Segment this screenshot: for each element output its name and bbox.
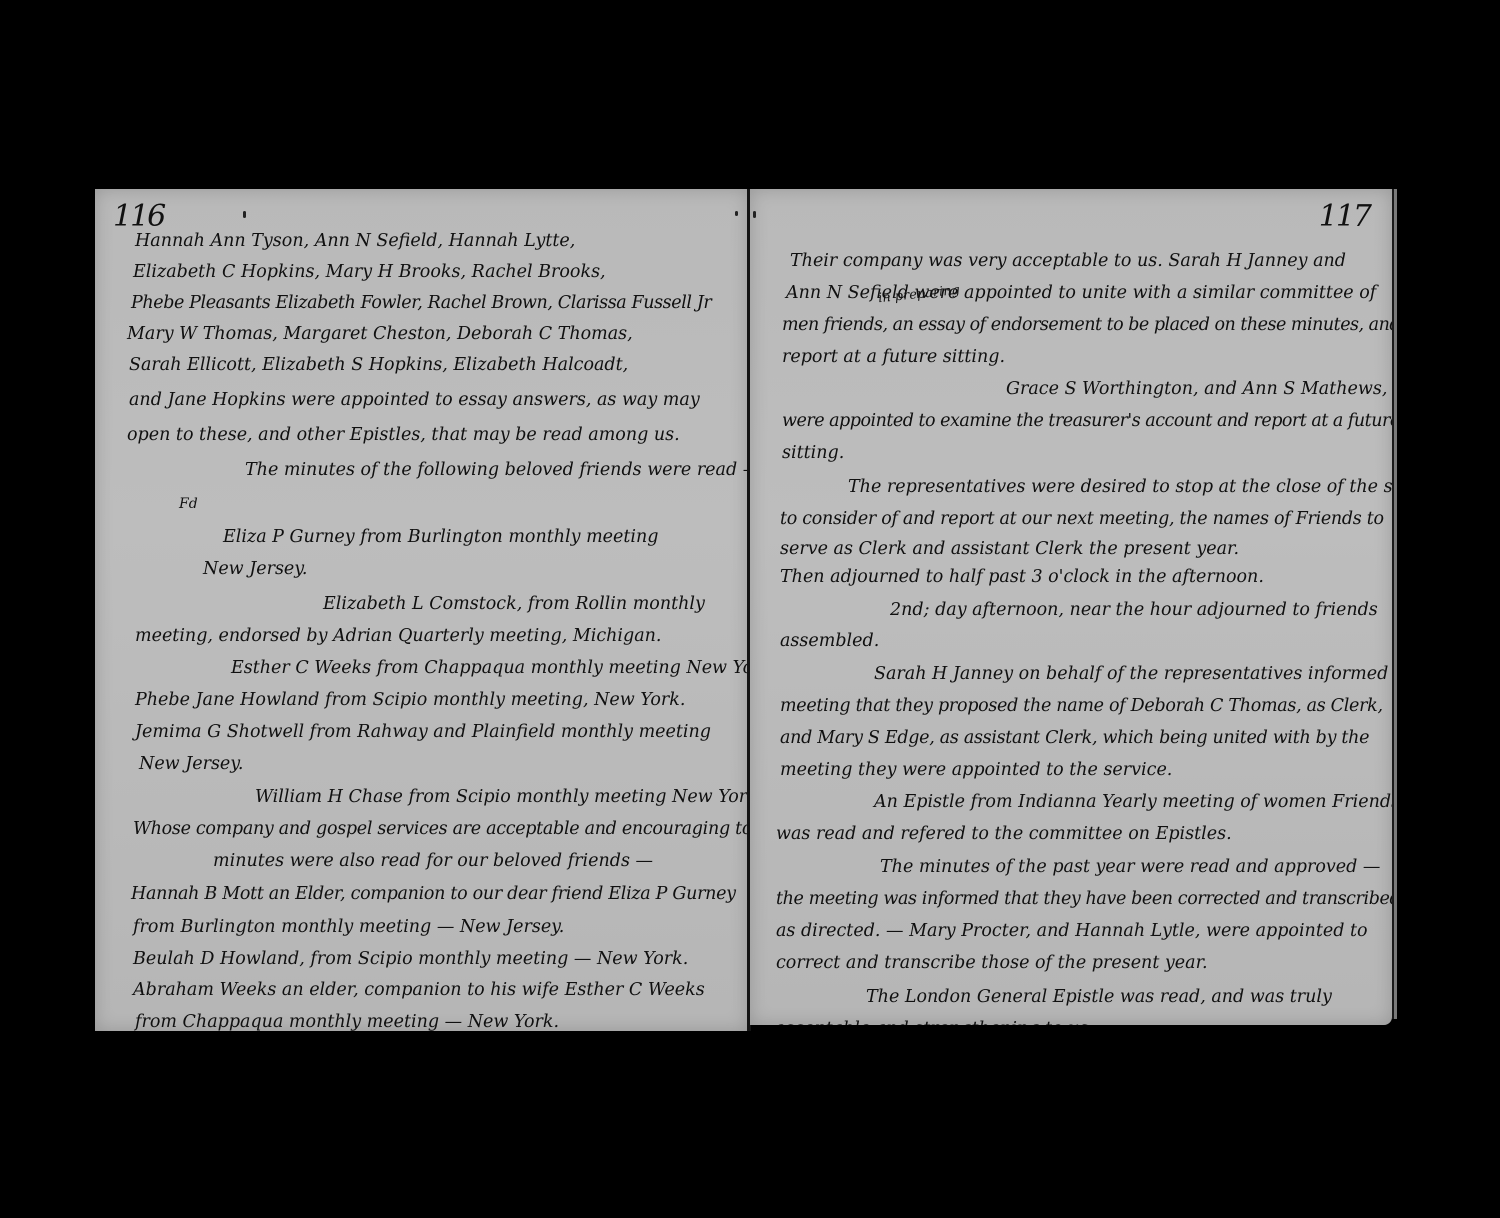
text-line: Then adjourned to half past 3 o'clock in…	[780, 569, 1264, 587]
right-page: 117 in preparing Their company was very …	[750, 189, 1392, 1025]
text-line: serve as Clerk and assistant Clerk the p…	[780, 541, 1239, 559]
open-book-spread: 116 Hannah Ann Tyson, Ann N Sefield, Han…	[95, 189, 1395, 1031]
text-line: meeting, endorsed by Adrian Quarterly me…	[135, 628, 662, 646]
text-line: Abraham Weeks an elder, companion to his…	[133, 982, 705, 1000]
text-line: Jemima G Shotwell from Rahway and Plainf…	[135, 724, 711, 742]
text-line: Elizabeth L Comstock, from Rollin monthl…	[323, 596, 705, 614]
text-line: from Burlington monthly meeting — New Je…	[133, 919, 564, 937]
text-line: The London General Epistle was read, and…	[866, 989, 1332, 1007]
left-page: 116 Hannah Ann Tyson, Ann N Sefield, Han…	[95, 189, 748, 1031]
text-line: Beulah D Howland, from Scipio monthly me…	[133, 951, 688, 969]
text-line: Phebe Pleasants Elizabeth Fowler, Rachel…	[131, 295, 711, 313]
text-line: was read and refered to the committee on…	[776, 826, 1232, 844]
ink-speck	[753, 211, 756, 218]
text-line: Sarah H Janney on behalf of the represen…	[874, 666, 1392, 684]
text-line: assembled.	[780, 633, 879, 651]
text-line: from Chappaqua monthly meeting — New Yor…	[135, 1014, 559, 1031]
ink-speck	[735, 211, 738, 216]
text-line: sitting.	[782, 445, 844, 463]
text-line: Ann N Sefield were appointed to unite wi…	[786, 285, 1376, 303]
text-line: Esther C Weeks from Chappaqua monthly me…	[231, 660, 748, 678]
text-line: Fd	[179, 497, 198, 511]
text-line: Whose company and gospel services are ac…	[133, 821, 748, 839]
text-line: and Jane Hopkins were appointed to essay…	[129, 392, 700, 410]
text-line: William H Chase from Scipio monthly meet…	[255, 789, 748, 807]
page-number-right: 117	[1319, 199, 1370, 234]
text-line: An Epistle from Indianna Yearly meeting …	[874, 794, 1392, 812]
text-line: to consider of and report at our next me…	[780, 511, 1384, 529]
text-line: Elizabeth C Hopkins, Mary H Brooks, Rach…	[133, 264, 606, 282]
text-line: correct and transcribe those of the pres…	[776, 955, 1208, 973]
text-line: New Jersey.	[139, 756, 243, 774]
text-line: Sarah Ellicott, Elizabeth S Hopkins, Eli…	[129, 357, 628, 375]
text-line: minutes were also read for our beloved f…	[213, 853, 653, 871]
page-edge	[1392, 189, 1397, 1019]
text-line: report at a future sitting.	[782, 349, 1005, 367]
text-line: Grace S Worthington, and Ann S Mathews,	[1006, 381, 1387, 399]
ink-speck	[243, 211, 246, 218]
text-line: and Mary S Edge, as assistant Clerk, whi…	[780, 730, 1369, 748]
text-line: meeting they were appointed to the servi…	[780, 762, 1172, 780]
text-line: 2nd; day afternoon, near the hour adjour…	[890, 602, 1378, 620]
text-line: Phebe Jane Howland from Scipio monthly m…	[135, 692, 685, 710]
text-line: Their company was very acceptable to us.…	[790, 253, 1346, 271]
text-line: were appointed to examine the treasurer'…	[782, 413, 1392, 431]
page-number-left: 116	[113, 199, 164, 234]
text-line: meeting that they proposed the name of D…	[780, 698, 1383, 716]
text-line: Mary W Thomas, Margaret Cheston, Deborah…	[127, 326, 633, 344]
text-line: the meeting was informed that they have …	[776, 891, 1392, 909]
text-line: The minutes of the following beloved fri…	[245, 462, 748, 480]
text-line: The minutes of the past year were read a…	[880, 859, 1380, 877]
text-line: Hannah Ann Tyson, Ann N Sefield, Hannah …	[135, 233, 575, 251]
text-line: men friends, an essay of endorsement to …	[782, 317, 1392, 335]
text-line: Hannah B Mott an Elder, companion to our…	[131, 886, 736, 904]
text-line: New Jersey.	[203, 561, 307, 579]
text-line: The representatives were desired to stop…	[848, 479, 1392, 497]
text-line: as directed. — Mary Procter, and Hannah …	[776, 923, 1368, 941]
text-line: acceptable and strengthening to us.	[774, 1021, 1094, 1025]
text-line: Eliza P Gurney from Burlington monthly m…	[223, 529, 658, 547]
text-line: open to these, and other Epistles, that …	[127, 427, 680, 445]
